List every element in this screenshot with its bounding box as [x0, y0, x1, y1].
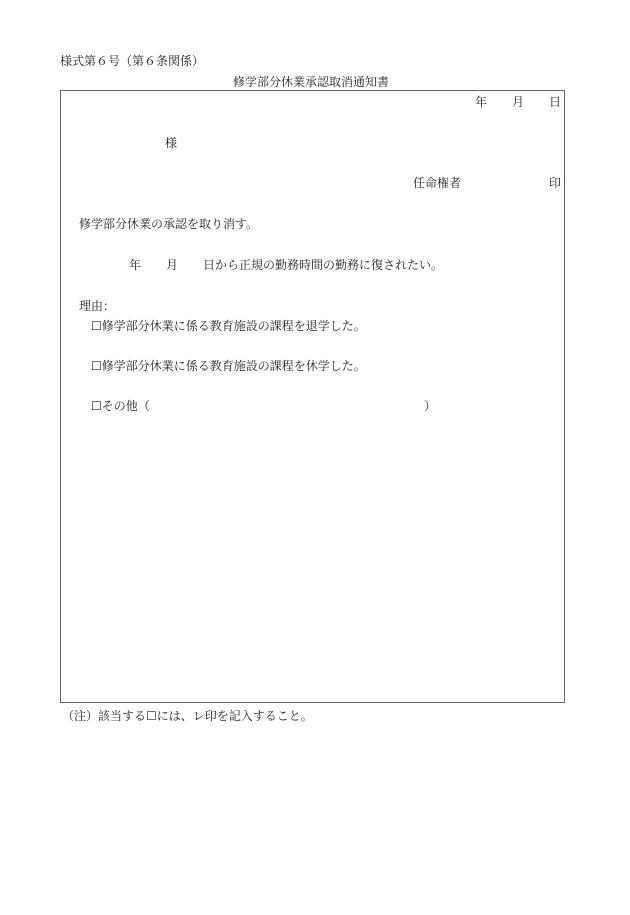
date-day-label: 日 — [549, 95, 561, 109]
date-month-label: 月 — [512, 95, 524, 109]
date-year-label: 年 — [475, 95, 487, 109]
form-frame — [60, 90, 565, 703]
reason-option-text: 修学部分休業に係る教育施設の課程を休学した。 — [102, 359, 366, 373]
form-number: 様式第６号（第６条関係） — [60, 54, 204, 68]
addressee-suffix: 様 — [165, 136, 177, 150]
seal-mark: 印 — [549, 176, 561, 190]
return-year-label: 年 — [129, 258, 141, 272]
checkbox-icon[interactable]: ☐ — [91, 359, 102, 373]
checkbox-icon[interactable]: ☐ — [91, 399, 102, 413]
return-instruction: 日から正規の勤務時間の勤務に復されたい。 — [203, 258, 443, 272]
return-month-label: 月 — [166, 258, 178, 272]
reason-option-text: その他（ — [102, 399, 150, 413]
reason-option-withdrawal[interactable]: ☐修学部分休業に係る教育施設の課程を退学した。 — [91, 319, 366, 333]
document-title: 修学部分休業承認取消通知書 — [233, 75, 389, 89]
footnote: （注）該当する☐には、レ印を記入すること。 — [62, 709, 313, 723]
appointer-label: 任命権者 — [413, 176, 461, 190]
other-close-paren: ） — [424, 399, 436, 413]
reason-option-leave[interactable]: ☐修学部分休業に係る教育施設の課程を休学した。 — [91, 359, 366, 373]
reason-option-other[interactable]: ☐その他（ — [91, 399, 150, 413]
cancellation-statement: 修学部分休業の承認を取り消す。 — [79, 217, 258, 231]
reason-option-text: 修学部分休業に係る教育施設の課程を退学した。 — [102, 319, 366, 333]
reason-label: 理由： — [79, 299, 115, 313]
checkbox-icon[interactable]: ☐ — [91, 319, 102, 333]
